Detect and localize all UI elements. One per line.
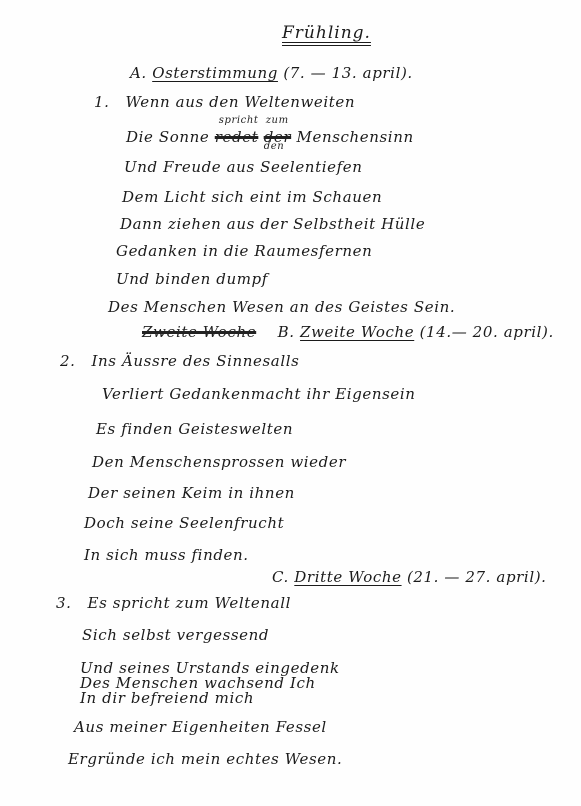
section-c-dates: (21. — 27. april). (407, 568, 547, 586)
verse-line: Aus meiner Eigenheiten Fessel (74, 718, 327, 736)
section-a-name: Osterstimmung (152, 64, 278, 82)
struck-heading: Zweite Woche (142, 323, 256, 341)
section-c-heading: C. Dritte Woche (21. — 27. april). (272, 568, 547, 586)
verse-line: Dann ziehen aus der Selbstheit Hülle (120, 215, 425, 233)
verse-line: Des Menschen Wesen an des Geistes Sein. (108, 298, 455, 316)
verse-line: Gedanken in die Raumesfernen (116, 242, 372, 260)
page-title: Frühling. (282, 24, 371, 42)
verse-line: 1.Wenn aus den Weltenweiten (94, 93, 355, 111)
verse-number: 3. (56, 594, 72, 612)
inserted-word: zum (266, 116, 289, 126)
struck-word: redet (215, 128, 259, 146)
section-b-letter: B. (278, 323, 295, 341)
inserted-word: spricht (219, 116, 259, 126)
verse-line-with-correction: Die Sonne redet spricht der zum den Mens… (126, 128, 414, 146)
section-a-heading: A. Osterstimmung (7. — 13. april). (130, 64, 413, 82)
verse-line: Den Menschensprossen wieder (92, 453, 346, 471)
section-b-heading: Zweite Woche B. Zweite Woche (14.— 20. a… (142, 323, 554, 341)
section-a-dates: (7. — 13. april). (283, 64, 412, 82)
verse-line: Und Freude aus Seelentiefen (124, 158, 362, 176)
verse-line: Und binden dumpf (116, 270, 268, 288)
section-c-name: Dritte Woche (294, 568, 401, 586)
verse-line: Dem Licht sich eint im Schauen (122, 188, 382, 206)
verse-line: In dir befreiend mich (80, 689, 254, 707)
verse-line: Ergründe ich mein echtes Wesen. (68, 750, 342, 768)
verse-line: Es finden Geisteswelten (96, 420, 293, 438)
verse-line: Doch seine Seelenfrucht (84, 514, 284, 532)
manuscript-page: Frühling. A. Osterstimmung (7. — 13. apr… (0, 0, 581, 806)
section-b-dates: (14.— 20. april). (420, 323, 554, 341)
section-b-name: Zweite Woche (300, 323, 414, 341)
section-c-letter: C. (272, 568, 289, 586)
verse-line: Verliert Gedankenmacht ihr Eigensein (102, 385, 416, 403)
verse-line: Der seinen Keim in ihnen (88, 484, 295, 502)
verse-line: In sich muss finden. (84, 546, 249, 564)
section-a-letter: A. (130, 64, 147, 82)
inserted-word: den (264, 142, 285, 152)
verse-line: 3.Es spricht zum Weltenall (56, 594, 291, 612)
verse-line: 2.Ins Äussre des Sinnesalls (60, 352, 299, 370)
verse-number: 1. (94, 93, 110, 111)
verse-line: Sich selbst vergessend (82, 626, 269, 644)
verse-number: 2. (60, 352, 76, 370)
